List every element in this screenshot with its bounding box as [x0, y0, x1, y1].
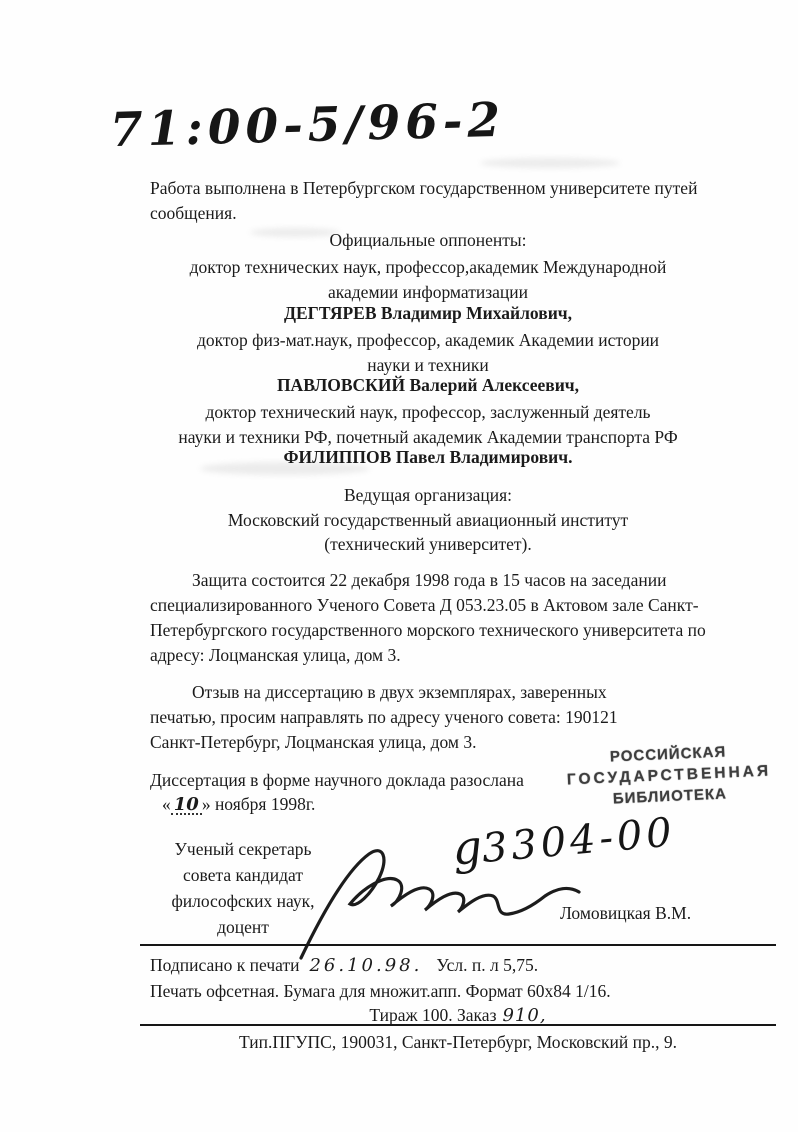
- defense-announcement: Защита состоится 22 декабря 1998 года в …: [150, 568, 722, 668]
- opponent-2-degree-line1: доктор физ-мат.наук, профессор, академик…: [150, 328, 706, 353]
- review-request: Отзыв на диссертацию в двух экземплярах,…: [150, 680, 672, 755]
- dissertation-sent-line: Диссертация в форме научного доклада раз…: [150, 770, 524, 791]
- opponent-1-degree: доктор технических наук, профессор,акаде…: [150, 255, 706, 305]
- opponent-1-degree-line1: доктор технических наук, профессор,акаде…: [150, 255, 706, 280]
- dissertation-sent-date: «10» ноября 1998г.: [162, 794, 315, 815]
- opponent-2-name: ПАВЛОВСКИЙ Валерий Алексеевич,: [150, 375, 706, 396]
- scan-artifact: [480, 158, 620, 168]
- imprint-line-2: Печать офсетная. Бумага для множит.апп. …: [150, 979, 776, 1003]
- divider-rule-top: [140, 944, 776, 946]
- handwritten-call-number: 71:00-5/96-2: [109, 93, 505, 158]
- signature-stroke: [301, 851, 579, 958]
- opponents-heading: Официальные оппоненты:: [150, 230, 706, 251]
- opponent-1-name: ДЕГТЯРЕВ Владимир Михайлович,: [150, 303, 706, 324]
- imprint-line-1: Подписано к печати26.10.98.Усл. п. л 5,7…: [150, 953, 776, 978]
- library-stamp: РОССИЙСКАЯ ГОСУДАРСТВЕННАЯ БИБЛИОТЕКА: [555, 739, 784, 812]
- handwritten-print-date: 26.10.98.: [309, 955, 422, 976]
- quote-open: «: [162, 794, 171, 814]
- leading-org-name: Московский государственный авиационный и…: [150, 510, 706, 531]
- leading-org-type: (технический университет).: [150, 534, 706, 555]
- opponent-2-degree: доктор физ-мат.наук, профессор, академик…: [150, 328, 706, 378]
- opponent-3-name: ФИЛИППОВ Павел Владимирович.: [150, 447, 706, 468]
- imprint-copies-label: Тираж 100. Заказ: [369, 1005, 496, 1025]
- scanned-document-page: 71:00-5/96-2 Работа выполнена в Петербур…: [0, 0, 798, 1132]
- handwritten-day: 10: [171, 797, 202, 815]
- imprint-sheets: Усл. п. л 5,75.: [436, 955, 538, 975]
- opponent-3-degree-line1: доктор технический наук, профессор, засл…: [150, 400, 706, 425]
- signature: [295, 828, 585, 960]
- leading-org-heading: Ведущая организация:: [150, 485, 706, 506]
- imprint-printer-address: Тип.ПГУПС, 190031, Санкт-Петербург, Моск…: [140, 1030, 776, 1054]
- imprint-signed-label: Подписано к печати: [150, 955, 299, 975]
- work-performed-text: Работа выполнена в Петербургском государ…: [150, 176, 706, 226]
- divider-rule-bottom: [140, 1024, 776, 1026]
- handwritten-order-number: 910,: [502, 1005, 546, 1026]
- sent-date-rest: » ноября 1998г.: [202, 794, 316, 814]
- secretary-name: Ломовицкая В.М.: [560, 903, 691, 924]
- opponent-1-degree-line2: академии информатизации: [150, 280, 706, 305]
- opponent-3-degree: доктор технический наук, профессор, засл…: [150, 400, 706, 450]
